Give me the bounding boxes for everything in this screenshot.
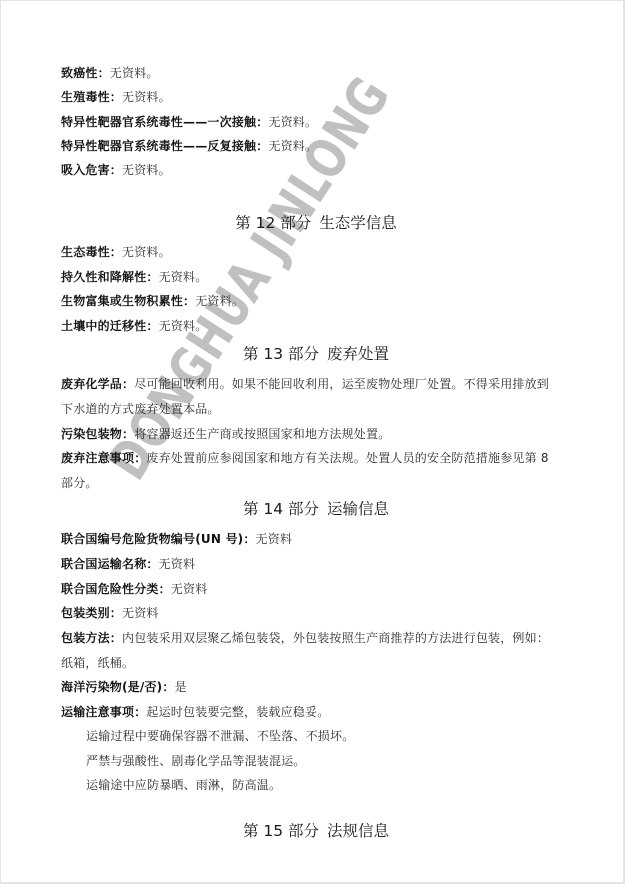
field-carcinogenicity: 致癌性：无资料。 bbox=[61, 65, 159, 81]
field-packing-group: 包装类别：无资料 bbox=[61, 605, 159, 621]
field-value: 无资料 bbox=[159, 557, 196, 571]
field-reproductive-toxicity: 生殖毒性：无资料。 bbox=[61, 89, 171, 105]
transport-note-text: 运输过程中要确保容器不泄漏、不坠落、不损坏。 bbox=[86, 729, 354, 743]
transport-note-text: 运输途中应防暴晒、雨淋，防高温。 bbox=[86, 778, 281, 792]
field-value: 无资料。 bbox=[195, 294, 244, 308]
field-label: 持久性和降解性： bbox=[61, 270, 159, 284]
field-label: 包装方法： bbox=[61, 631, 122, 645]
field-packing-method-cont: 纸箱，纸桶。 bbox=[61, 655, 134, 671]
field-value: 是 bbox=[175, 680, 187, 694]
section-14-heading: 第 14 部分运输信息 bbox=[1, 499, 623, 519]
field-value: 无资料。 bbox=[268, 139, 317, 153]
field-ecotoxicity: 生态毒性：无资料。 bbox=[61, 244, 171, 260]
field-stot-single: 特异性靶器官系统毒性——一次接触：无资料。 bbox=[61, 114, 317, 130]
field-marine-pollutant: 海洋污染物(是/否)：是 bbox=[61, 679, 187, 695]
field-label: 污染包装物： bbox=[61, 427, 134, 441]
field-label: 联合国危险性分类： bbox=[61, 582, 171, 596]
transport-note: 运输过程中要确保容器不泄漏、不坠落、不损坏。 bbox=[86, 728, 354, 744]
field-value: 无资料。 bbox=[122, 163, 171, 177]
field-label: 吸入危害： bbox=[61, 163, 122, 177]
field-contaminated-packaging: 污染包装物：将容器返还生产商或按照国家和地方法规处置。 bbox=[61, 426, 390, 442]
field-value-continued: 部分。 bbox=[61, 476, 98, 490]
field-un-shipping-name: 联合国运输名称：无资料 bbox=[61, 556, 195, 572]
section-15-heading: 第 15 部分法规信息 bbox=[1, 821, 623, 841]
field-un-number: 联合国编号危险货物编号(UN 号)：无资料 bbox=[61, 531, 292, 547]
field-value: 尽可能回收利用。如果不能回收利用，运至废物处理厂处置。不得采用排放到 bbox=[134, 377, 549, 391]
field-value: 无资料。 bbox=[159, 270, 208, 284]
section-13-heading: 第 13 部分废弃处置 bbox=[1, 344, 623, 364]
field-label: 联合国编号危险货物编号(UN 号)： bbox=[61, 532, 256, 546]
field-label: 致癌性： bbox=[61, 66, 110, 80]
field-un-hazard-class: 联合国危险性分类：无资料 bbox=[61, 581, 207, 597]
field-label: 包装类别： bbox=[61, 606, 122, 620]
field-value: 无资料。 bbox=[159, 319, 208, 333]
field-packing-method: 包装方法：内包装采用双层聚乙烯包装袋，外包装按照生产商推荐的方法进行包装，例如： bbox=[61, 630, 549, 646]
field-bioaccumulation: 生物富集或生物积累性：无资料。 bbox=[61, 293, 244, 309]
field-stot-repeated: 特异性靶器官系统毒性——反复接触：无资料。 bbox=[61, 138, 317, 154]
section-title: 运输信息 bbox=[327, 500, 389, 518]
field-value: 无资料 bbox=[171, 582, 208, 596]
field-label: 废弃化学品： bbox=[61, 377, 134, 391]
field-value: 无资料。 bbox=[122, 90, 171, 104]
field-label: 废弃注意事项： bbox=[61, 451, 146, 465]
section-number: 第 15 部分 bbox=[243, 822, 319, 840]
field-persistence: 持久性和降解性：无资料。 bbox=[61, 269, 207, 285]
field-disposal-notes-cont: 部分。 bbox=[61, 475, 98, 491]
section-number: 第 12 部分 bbox=[235, 214, 311, 232]
field-value: 内包装采用双层聚乙烯包装袋，外包装按照生产商推荐的方法进行包装，例如： bbox=[122, 631, 549, 645]
field-waste-chemical: 废弃化学品：尽可能回收利用。如果不能回收利用，运至废物处理厂处置。不得采用排放到 bbox=[61, 376, 549, 392]
field-value: 无资料。 bbox=[122, 245, 171, 259]
field-value: 无资料 bbox=[122, 606, 159, 620]
transport-note-text: 严禁与强酸性、剧毒化学品等混装混运。 bbox=[86, 754, 306, 768]
section-title: 废弃处置 bbox=[327, 345, 389, 363]
field-label: 生物富集或生物积累性： bbox=[61, 294, 195, 308]
field-value: 无资料 bbox=[256, 532, 293, 546]
field-value-continued: 下水道的方式废弃处置本品。 bbox=[61, 402, 220, 416]
field-label: 运输注意事项： bbox=[61, 705, 146, 719]
section-number: 第 14 部分 bbox=[243, 500, 319, 518]
field-label: 联合国运输名称： bbox=[61, 557, 159, 571]
field-label: 海洋污染物(是/否)： bbox=[61, 680, 175, 694]
field-disposal-notes: 废弃注意事项：废弃处置前应参阅国家和地方有关法规。处置人员的安全防范措施参见第 … bbox=[61, 450, 549, 466]
field-value-continued: 纸箱，纸桶。 bbox=[61, 656, 134, 670]
section-title: 生态学信息 bbox=[319, 214, 397, 232]
field-label: 生态毒性： bbox=[61, 245, 122, 259]
field-value: 无资料。 bbox=[268, 115, 317, 129]
field-label: 特异性靶器官系统毒性——反复接触： bbox=[61, 139, 268, 153]
field-aspiration-hazard: 吸入危害：无资料。 bbox=[61, 162, 171, 178]
field-value: 将容器返还生产商或按照国家和地方法规处置。 bbox=[134, 427, 390, 441]
document-page: DONGHUA JINLONG 致癌性：无资料。 生殖毒性：无资料。 特异性靶器… bbox=[1, 1, 623, 882]
field-value: 无资料。 bbox=[110, 66, 159, 80]
field-label: 土壤中的迁移性： bbox=[61, 319, 159, 333]
field-transport-notes: 运输注意事项：起运时包装要完整，装载应稳妥。 bbox=[61, 704, 329, 720]
field-waste-chemical-cont: 下水道的方式废弃处置本品。 bbox=[61, 401, 220, 417]
field-label: 特异性靶器官系统毒性——一次接触： bbox=[61, 115, 268, 129]
section-number: 第 13 部分 bbox=[243, 345, 319, 363]
section-12-heading: 第 12 部分生态学信息 bbox=[1, 213, 623, 233]
field-value: 起运时包装要完整，装载应稳妥。 bbox=[146, 705, 329, 719]
transport-note: 严禁与强酸性、剧毒化学品等混装混运。 bbox=[86, 753, 306, 769]
transport-note: 运输途中应防暴晒、雨淋，防高温。 bbox=[86, 777, 281, 793]
field-label: 生殖毒性： bbox=[61, 90, 122, 104]
field-soil-mobility: 土壤中的迁移性：无资料。 bbox=[61, 318, 207, 334]
section-title: 法规信息 bbox=[327, 822, 389, 840]
field-value: 废弃处置前应参阅国家和地方有关法规。处置人员的安全防范措施参见第 8 bbox=[146, 451, 548, 465]
